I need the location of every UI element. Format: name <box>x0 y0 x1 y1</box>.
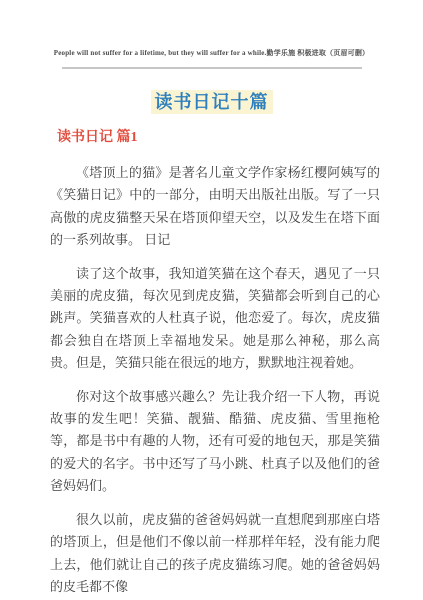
paragraph: 你对这个故事感兴趣么？先让我介绍一下人物，再说故事的发生吧！笑猫、靓猫、酷猫、虎… <box>50 386 380 498</box>
paragraph: 《塔顶上的猫》是著名儿童文学作家杨红樱阿姨写的《笑猫日记》中的一部分，由明天出版… <box>50 162 380 252</box>
page-title: 读书日记十篇 <box>0 89 423 115</box>
document-body: 《塔顶上的猫》是著名儿童文学作家杨红樱阿姨写的《笑猫日记》中的一部分，由明天出版… <box>50 162 380 598</box>
paragraph: 读了这个故事，我知道笑猫在这个春天，遇见了一只美丽的虎皮猫，每次见到虎皮猫，笑猫… <box>50 263 380 375</box>
paragraph: 很久以前，虎皮猫的爸爸妈妈就一直想爬到那座白塔的塔顶上，但是他们不像以前一样那样… <box>50 509 380 599</box>
page-header-text: People will not suffer for a lifetime, b… <box>0 0 423 58</box>
document-page: People will not suffer for a lifetime, b… <box>0 0 423 600</box>
header-divider <box>62 67 362 69</box>
page-title-text: 读书日记十篇 <box>151 90 273 114</box>
section-heading: 读书日记 篇1 <box>57 128 423 148</box>
